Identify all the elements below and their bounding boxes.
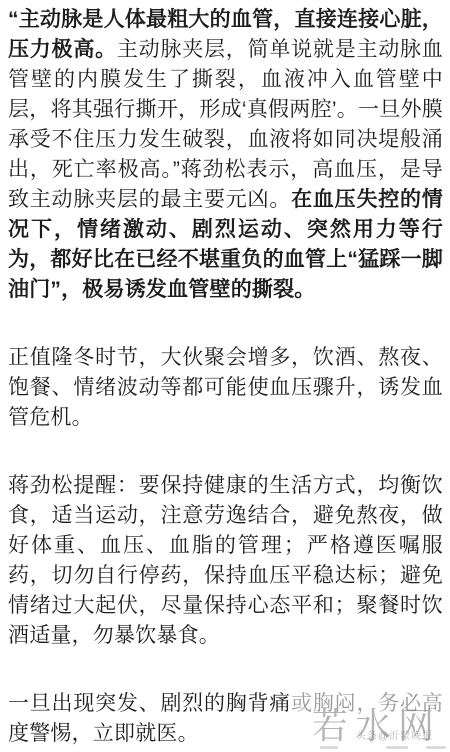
paragraph: 蒋劲松提醒：要保持健康的生活方式，均衡饮食，适当运动，注意劳逸结合，避免熬夜，做… — [8, 471, 443, 651]
watermark-underline-mark — [386, 746, 408, 749]
text-segment: 主动脉夹层，简单说就是主动脉血管壁的内膜发生了撕裂，血液冲入血管壁中层，将其强行… — [8, 38, 443, 211]
watermark-underline-mark — [320, 746, 338, 749]
text-segment: 正值隆冬时节，大伙聚会增多，饮酒、熬夜、饱餐、情绪波动等都可能使血压骤升，诱发血… — [8, 346, 443, 429]
watermark-underline-mark — [426, 746, 446, 749]
article-body: “主动脉是人体最粗大的血管，直接连接心脏，压力极高。主动脉夹层，简单说就是主动脉… — [0, 0, 450, 749]
watermark-subtext: 头条@沂蒙晚报 — [356, 732, 433, 742]
watermark: 若水网 头条@沂蒙晚报 — [288, 688, 450, 752]
article-page: “主动脉是人体最粗大的血管，直接连接心脏，压力极高。主动脉夹层，简单说就是主动脉… — [0, 0, 450, 752]
paragraph: “主动脉是人体最粗大的血管，直接连接心脏，压力极高。主动脉夹层，简单说就是主动脉… — [8, 5, 443, 305]
text-segment: 蒋劲松提醒：要保持健康的生活方式，均衡饮食，适当运动，注意劳逸结合，避免熬夜，做… — [8, 474, 443, 647]
paragraph: 正值隆冬时节，大伙聚会增多，饮酒、熬夜、饱餐、情绪波动等都可能使血压骤升，诱发血… — [8, 343, 443, 433]
